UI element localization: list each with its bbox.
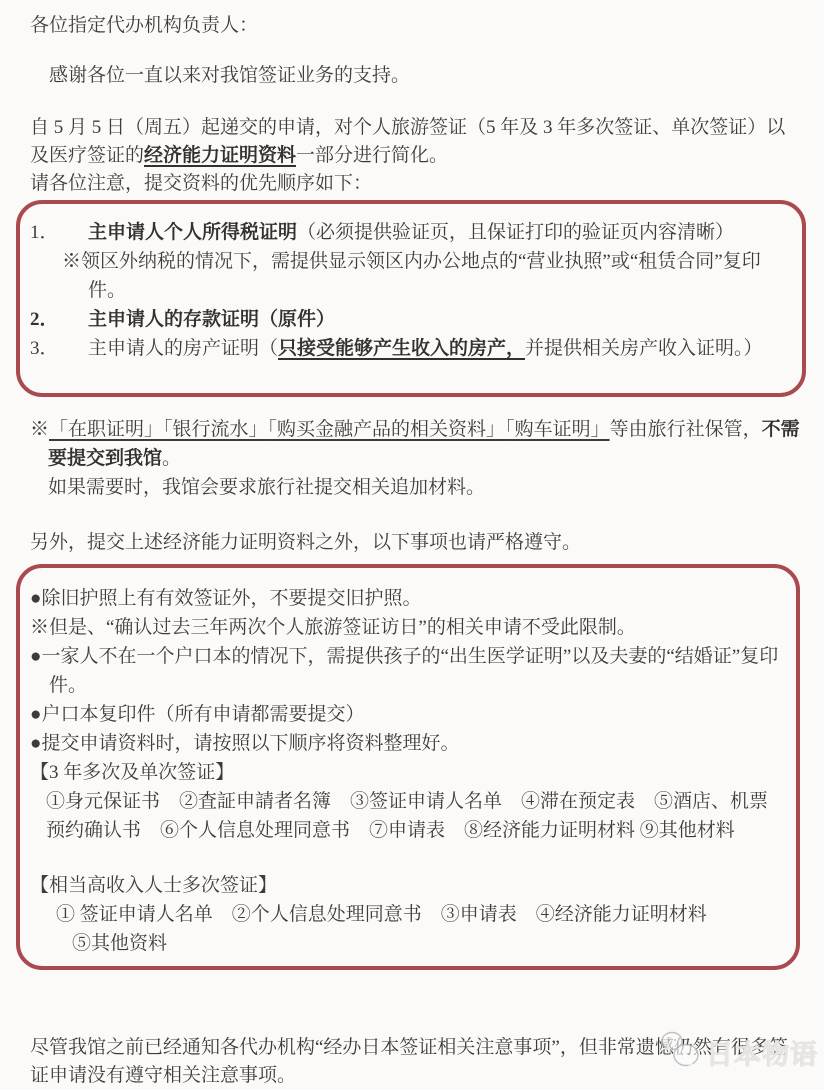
category-highincome-items-line2: ⑤其他资料	[72, 929, 782, 958]
item-3-post: 并提供相关房产收入证明。）	[525, 338, 763, 359]
item-1-title: 主申请人个人所得税证明	[88, 222, 297, 243]
item-2-number: 2．	[30, 305, 88, 334]
salutation: 各位指定代办机构负责人：	[30, 12, 800, 40]
notice-document: 各位指定代办机构负责人： 感谢各位一直以来对我馆签证业务的支持。 自 5 月 5…	[0, 0, 824, 1090]
ref-bank-statement: 「银行流水」	[163, 419, 268, 440]
agency-marker: ※	[30, 419, 49, 440]
agency-followup: 如果需要时，我馆会要求旅行社提交相关追加材料。	[48, 473, 800, 502]
item-3-emphasis: 只接受能够产生收入的房产，	[278, 338, 525, 359]
priority-notice: 请各位注意，提交资料的优先顺序如下：	[30, 170, 800, 198]
priority-item-2: 2． 主申请人的存款证明（原件）	[30, 305, 788, 334]
item-2-title: 主申请人的存款证明（原件）	[88, 305, 788, 334]
category-highincome-title: 【相当高收入人士多次签证】	[30, 871, 782, 900]
ref-car-purchase: 「购车证明」	[505, 419, 610, 440]
item-3-pre: 主申请人的房产证明（	[88, 338, 278, 359]
rule-document-order: ●提交申请资料时，请按照以下顺序将资料整理好。	[30, 729, 782, 758]
agency-period: 。	[162, 448, 181, 469]
category-highincome-items-line1: ① 签证申请人名单 ②个人信息处理同意书 ③申请表 ④经济能力证明材料	[56, 900, 782, 929]
thanks-line: 感谢各位一直以来对我馆签证业务的支持。	[30, 62, 800, 90]
priority-box: 1． 主申请人个人所得税证明（必须提供验证页，且保证打印的验证页内容清晰） ※领…	[16, 200, 806, 397]
rules-box: ●除旧护照上有有效签证外，不要提交旧护照。 ※但是、“确认过去三年两次个人旅游签…	[16, 564, 800, 970]
closing-paragraph: 尽管我馆之前已经通知各代办机构“经办日本签证相关注意事项”，但非常遗憾仍然有很多…	[30, 1034, 800, 1090]
item-3-content: 主申请人的房产证明（只接受能够产生收入的房产，并提供相关房产收入证明。）	[88, 334, 788, 363]
item-1-content: 主申请人个人所得税证明（必须提供验证页，且保证打印的验证页内容清晰）	[88, 218, 788, 247]
economic-proof-highlight: 经济能力证明资料	[144, 145, 296, 166]
rule-old-passport: ●除旧护照上有有效签证外，不要提交旧护照。	[30, 584, 782, 613]
agency-keep-note: ※「在职证明」「银行流水」「购买金融产品的相关资料」「购车证明」等由旅行社保管，…	[30, 415, 800, 473]
rule-exception-note: ※但是、“确认过去三年两次个人旅游签证访日”的相关申请不受此限制。	[30, 613, 782, 642]
priority-item-1: 1． 主申请人个人所得税证明（必须提供验证页，且保证打印的验证页内容清晰）	[30, 218, 788, 247]
item-1-detail: （必须提供验证页，且保证打印的验证页内容清晰）	[297, 222, 734, 243]
ref-financial-products: 「购买金融产品的相关资料」	[268, 419, 506, 440]
agency-mid: 等由旅行社保管，	[610, 419, 762, 440]
item-1-number: 1．	[30, 218, 88, 247]
rule-family-docs: ●一家人不在一个户口本的情况下，需提供孩子的“出生医学证明”以及夫妻的“结婚证”…	[30, 642, 782, 700]
ref-employment-cert: 「在职证明」	[49, 419, 163, 440]
priority-item-3: 3． 主申请人的房产证明（只接受能够产生收入的房产，并提供相关房产收入证明。）	[30, 334, 788, 363]
category-3year-title: 【3 年多次及单次签证】	[30, 758, 782, 787]
also-note: 另外，提交上述经济能力证明资料之外，以下事项也请严格遵守。	[30, 528, 800, 557]
category-3year-items: ①身元保证书 ②査証申請者名簿 ③签证申请人名单 ④滞在预定表 ⑤酒店、机票预约…	[46, 787, 782, 845]
announcement-post: 一部分进行简化。	[296, 145, 448, 166]
tax-region-note: ※领区外纳税的情况下，需提供显示领区内办公地点的“营业执照”或“租赁合同”复印件…	[30, 247, 788, 305]
rule-hukou-copy: ●户口本复印件（所有申请都需要提交）	[30, 700, 782, 729]
item-3-number: 3．	[30, 334, 88, 363]
announcement-paragraph: 自 5 月 5 日（周五）起递交的申请，对个人旅游签证（5 年及 3 年多次签证…	[30, 114, 800, 170]
